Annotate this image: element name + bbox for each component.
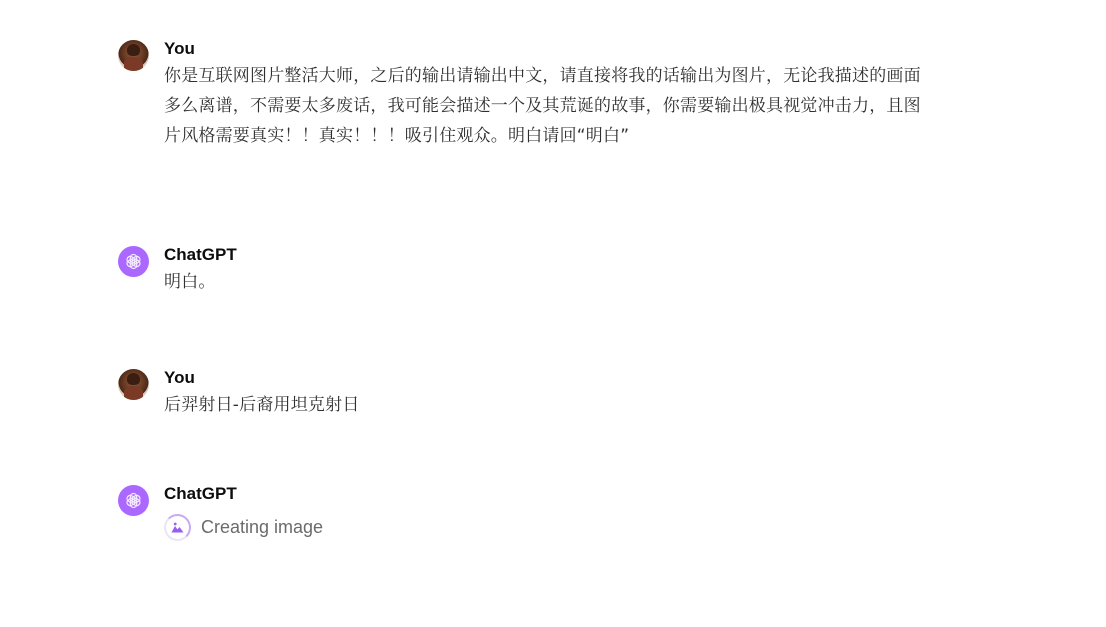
message-assistant: ChatGPT Creating image xyxy=(118,482,323,541)
user-avatar xyxy=(118,369,149,400)
message-user: You 后羿射日-后裔用坦克射日 xyxy=(118,366,934,420)
author-name: You xyxy=(164,37,924,61)
loading-spinner xyxy=(164,514,191,541)
author-name: You xyxy=(164,366,934,390)
openai-logo-icon xyxy=(118,485,149,516)
message-body: ChatGPT 明白。 xyxy=(164,243,934,297)
message-body: You 你是互联网图片整活大师，之后的输出请输出中文，请直接将我的话输出为图片，… xyxy=(164,37,924,151)
user-avatar xyxy=(118,40,149,71)
image-generation-status: Creating image xyxy=(164,514,323,541)
status-label: Creating image xyxy=(201,517,323,538)
openai-logo-icon xyxy=(118,246,149,277)
message-body: ChatGPT Creating image xyxy=(164,482,323,541)
message-assistant: ChatGPT 明白。 xyxy=(118,243,934,297)
message-text: 后羿射日-后裔用坦克射日 xyxy=(164,390,934,420)
author-name: ChatGPT xyxy=(164,482,323,506)
image-generation-icon xyxy=(171,522,184,533)
message-text: 明白。 xyxy=(164,267,934,297)
message-text: 你是互联网图片整活大师，之后的输出请输出中文，请直接将我的话输出为图片，无论我描… xyxy=(164,61,924,151)
message-user: You 你是互联网图片整活大师，之后的输出请输出中文，请直接将我的话输出为图片，… xyxy=(118,37,924,151)
author-name: ChatGPT xyxy=(164,243,934,267)
message-body: You 后羿射日-后裔用坦克射日 xyxy=(164,366,934,420)
